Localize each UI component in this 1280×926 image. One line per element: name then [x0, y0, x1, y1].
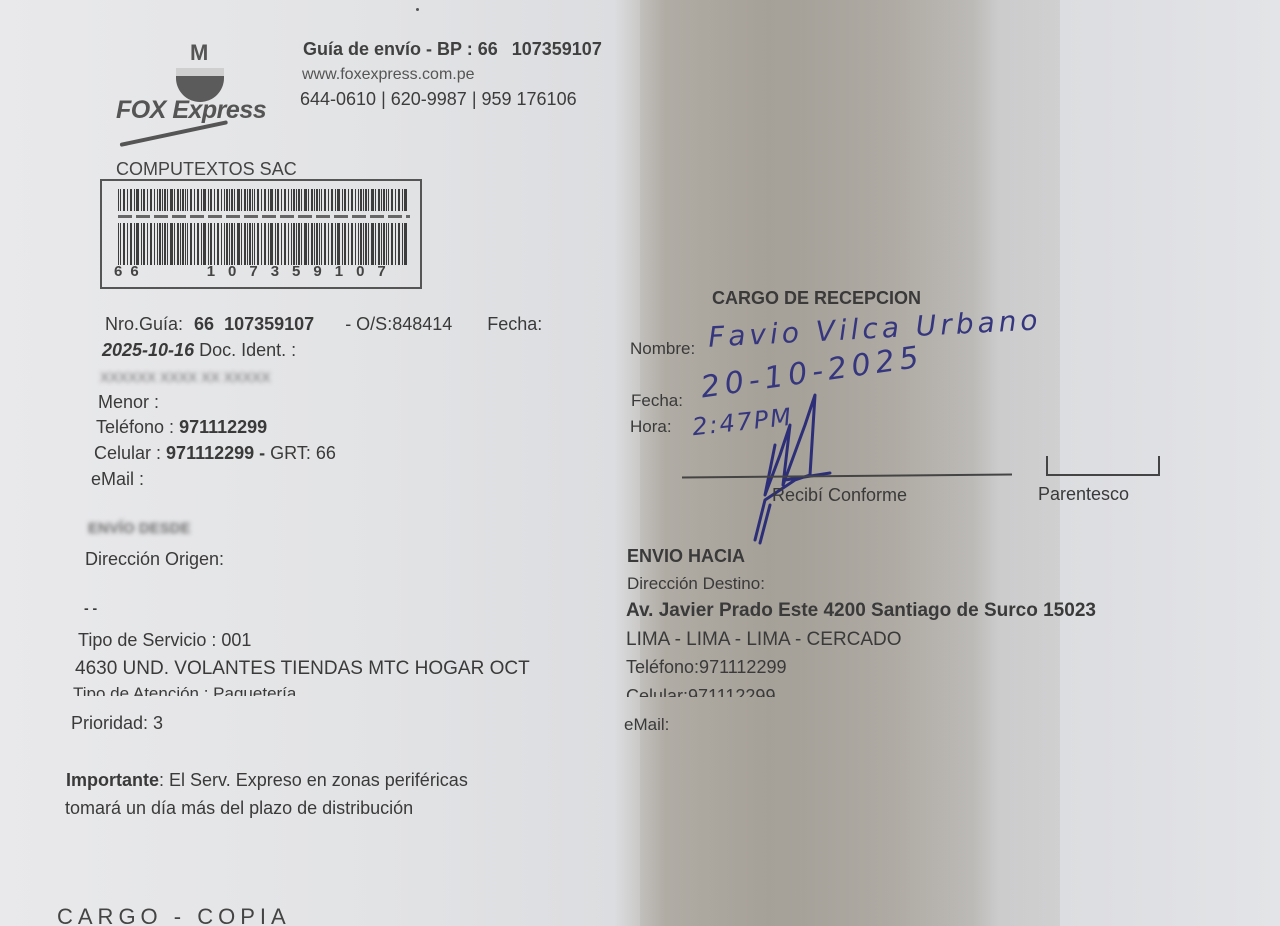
fox-express-logo: M FOX Express: [112, 38, 284, 128]
celular-row: Celular : 971112299 - GRT: 66: [94, 443, 336, 464]
destination-mobile: Celular:971112299: [626, 686, 775, 697]
telefono-row: Teléfono : 971112299: [96, 417, 267, 438]
direccion-origen-label: Dirección Origen:: [85, 549, 224, 570]
important-notice-line1: Importante: El Serv. Expreso en zonas pe…: [66, 770, 468, 791]
barcode-number: 107359107: [207, 263, 399, 280]
shipment-description: 4630 UND. VOLANTES TIENDAS MTC HOGAR OCT: [75, 658, 530, 680]
important-text-1: : El Serv. Expreso en zonas periféricas: [159, 770, 468, 790]
parentesco-label: Parentesco: [1038, 484, 1129, 505]
important-label: Importante: [66, 770, 159, 790]
parentesco-bracket: [1046, 456, 1160, 476]
email-label: eMail :: [91, 469, 144, 490]
paper-speck: [416, 8, 419, 11]
prioridad: Prioridad: 3: [71, 713, 163, 734]
destination-email-label: eMail:: [624, 715, 669, 735]
celular-value: 971112299 -: [166, 443, 265, 463]
grt-value: GRT: 66: [270, 443, 336, 463]
barcode: 66 107359107: [100, 179, 422, 289]
fecha-label: Fecha:: [487, 314, 542, 334]
sender-company: COMPUTEXTOS SAC: [116, 159, 297, 180]
barcode-prefix: 66: [114, 263, 147, 280]
hora-label: Hora:: [630, 417, 672, 437]
tipo-servicio: Tipo de Servicio : 001: [78, 630, 251, 651]
guide-title: Guía de envío - BP : 66107359107: [303, 39, 602, 60]
guide-number: 107359107: [512, 39, 602, 59]
nro-guia-row: Nro.Guía: 66 107359107 - O/S:848414 Fech…: [105, 314, 542, 335]
telefono-value: 971112299: [179, 417, 267, 437]
contact-phones: 644-0610 | 620-9987 | 959 176106: [300, 89, 577, 110]
reception-fecha-label: Fecha:: [631, 391, 683, 411]
brand-name: FOX Express: [116, 96, 266, 125]
nro-guia-label: Nro.Guía:: [105, 314, 183, 334]
recibi-conforme-label: Recibí Conforme: [772, 485, 907, 506]
direccion-destino-label: Dirección Destino:: [627, 574, 765, 594]
direccion-origen-value: - -: [84, 600, 97, 616]
signature-icon: [745, 385, 865, 545]
doc-ident-label: Doc. Ident. :: [199, 340, 296, 360]
redacted-name: XXXXXX XXXX XX XXXXX: [100, 369, 270, 385]
copy-label: CARGO - COPIA: [57, 904, 291, 926]
logo-mark-icon: M: [190, 40, 208, 66]
nro-guia-value: 66 107359107: [194, 314, 314, 334]
website: www.foxexpress.com.pe: [302, 66, 475, 84]
date-doc-row: 2025-10-16 Doc. Ident. :: [102, 340, 296, 361]
nombre-label: Nombre:: [630, 339, 695, 359]
destination-address: Av. Javier Prado Este 4200 Santiago de S…: [626, 600, 1096, 622]
destination-phone: Teléfono:971112299: [626, 657, 786, 678]
reception-title: CARGO DE RECEPCION: [712, 288, 921, 309]
order-service: - O/S:848414: [345, 314, 452, 334]
barcode-bars-top-icon: [118, 189, 408, 211]
destination-location: LIMA - LIMA - LIMA - CERCADO: [626, 629, 902, 651]
barcode-digits: 66 107359107: [114, 263, 410, 280]
tipo-atencion: Tipo de Atención : Paquetería: [73, 684, 296, 696]
telefono-label: Teléfono :: [96, 417, 174, 437]
important-notice-line2: tomará un día más del plazo de distribuc…: [65, 798, 413, 819]
celular-label: Celular :: [94, 443, 161, 463]
guide-title-label: Guía de envío - BP : 66: [303, 39, 498, 59]
menor-label: Menor :: [98, 392, 159, 413]
barcode-separator: [118, 215, 410, 218]
destination-section-title: ENVIO HACIA: [627, 546, 745, 567]
fecha-value: 2025-10-16: [102, 340, 194, 360]
barcode-bars-bottom-icon: [118, 223, 408, 265]
origin-section-title: ENVÍO DESDE: [88, 520, 191, 537]
